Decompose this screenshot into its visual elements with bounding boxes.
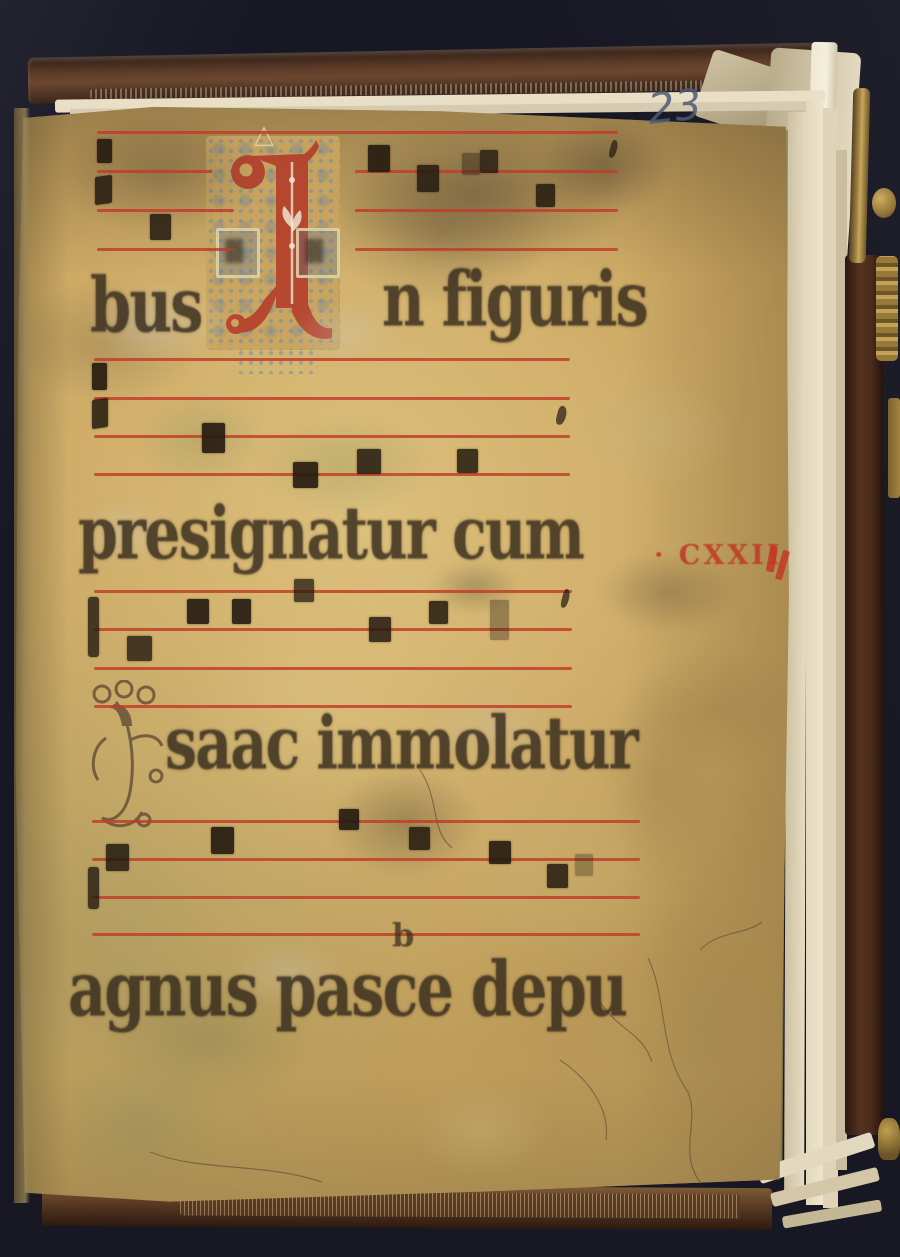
staff-1-line-4	[97, 248, 234, 251]
staff-2-line-3	[94, 435, 570, 438]
note-2-3	[202, 423, 225, 453]
staff-4-line-2	[92, 858, 640, 861]
note-1-5	[417, 165, 439, 192]
staff-1-line-1	[97, 131, 618, 134]
note-3-3	[187, 599, 209, 624]
note-1-7	[480, 150, 498, 173]
superscript-b: b	[392, 916, 414, 954]
note-1-3	[150, 214, 171, 240]
chant-text-4: saac immolatur	[165, 700, 637, 786]
stain-14	[640, 898, 760, 1158]
note-3-1	[88, 597, 99, 657]
chant-text-2: n figuris	[382, 256, 647, 345]
note-4-6	[489, 841, 511, 864]
note-3-5	[294, 579, 314, 602]
note-4-8	[575, 854, 593, 876]
staff-3-line-1	[94, 590, 572, 593]
stain-11	[60, 1058, 220, 1188]
staff-2-line-2	[94, 397, 570, 400]
note-3-8	[490, 600, 509, 640]
note-3-7	[429, 601, 448, 624]
staff-1-line-4-b	[355, 248, 618, 251]
stain-9	[598, 552, 738, 632]
note-4-5	[409, 827, 430, 850]
page-content: △	[0, 0, 900, 1257]
staff-4-line-3	[92, 896, 640, 899]
note-1-8	[536, 184, 555, 207]
note-2-5	[357, 449, 381, 474]
chant-text-5: agnus pasce depu	[68, 946, 626, 1035]
staff-2-line-4	[94, 473, 570, 476]
note-4-7	[547, 864, 568, 888]
note-4-4	[339, 809, 359, 830]
note-1-4	[368, 145, 390, 172]
note-2-2	[92, 398, 108, 429]
note-3-4	[232, 599, 251, 624]
chant-text-1: bus	[90, 262, 202, 351]
note-3-2	[127, 636, 152, 661]
note-1-1	[97, 139, 112, 163]
staff-1-line-2	[97, 170, 212, 173]
note-2-4	[293, 462, 318, 488]
note-1-2	[95, 175, 112, 205]
manuscript-photo: △	[0, 0, 900, 1257]
note-4-1	[88, 867, 99, 909]
note-4-3	[211, 827, 234, 854]
note-2-6	[457, 449, 478, 473]
staff-2-line-1	[94, 358, 570, 361]
note-4-2	[106, 844, 129, 871]
staff-4-line-1	[92, 820, 640, 823]
chant-text-3: presignatur cum	[78, 490, 583, 576]
note-2-1	[92, 363, 107, 390]
note-3-6	[369, 617, 391, 642]
staff-4-line-4	[92, 933, 640, 936]
note-1-6	[462, 153, 480, 175]
staff-1-line-3-b	[355, 209, 618, 212]
staff-3-line-3	[94, 667, 572, 670]
staff-1-line-3	[97, 209, 234, 212]
